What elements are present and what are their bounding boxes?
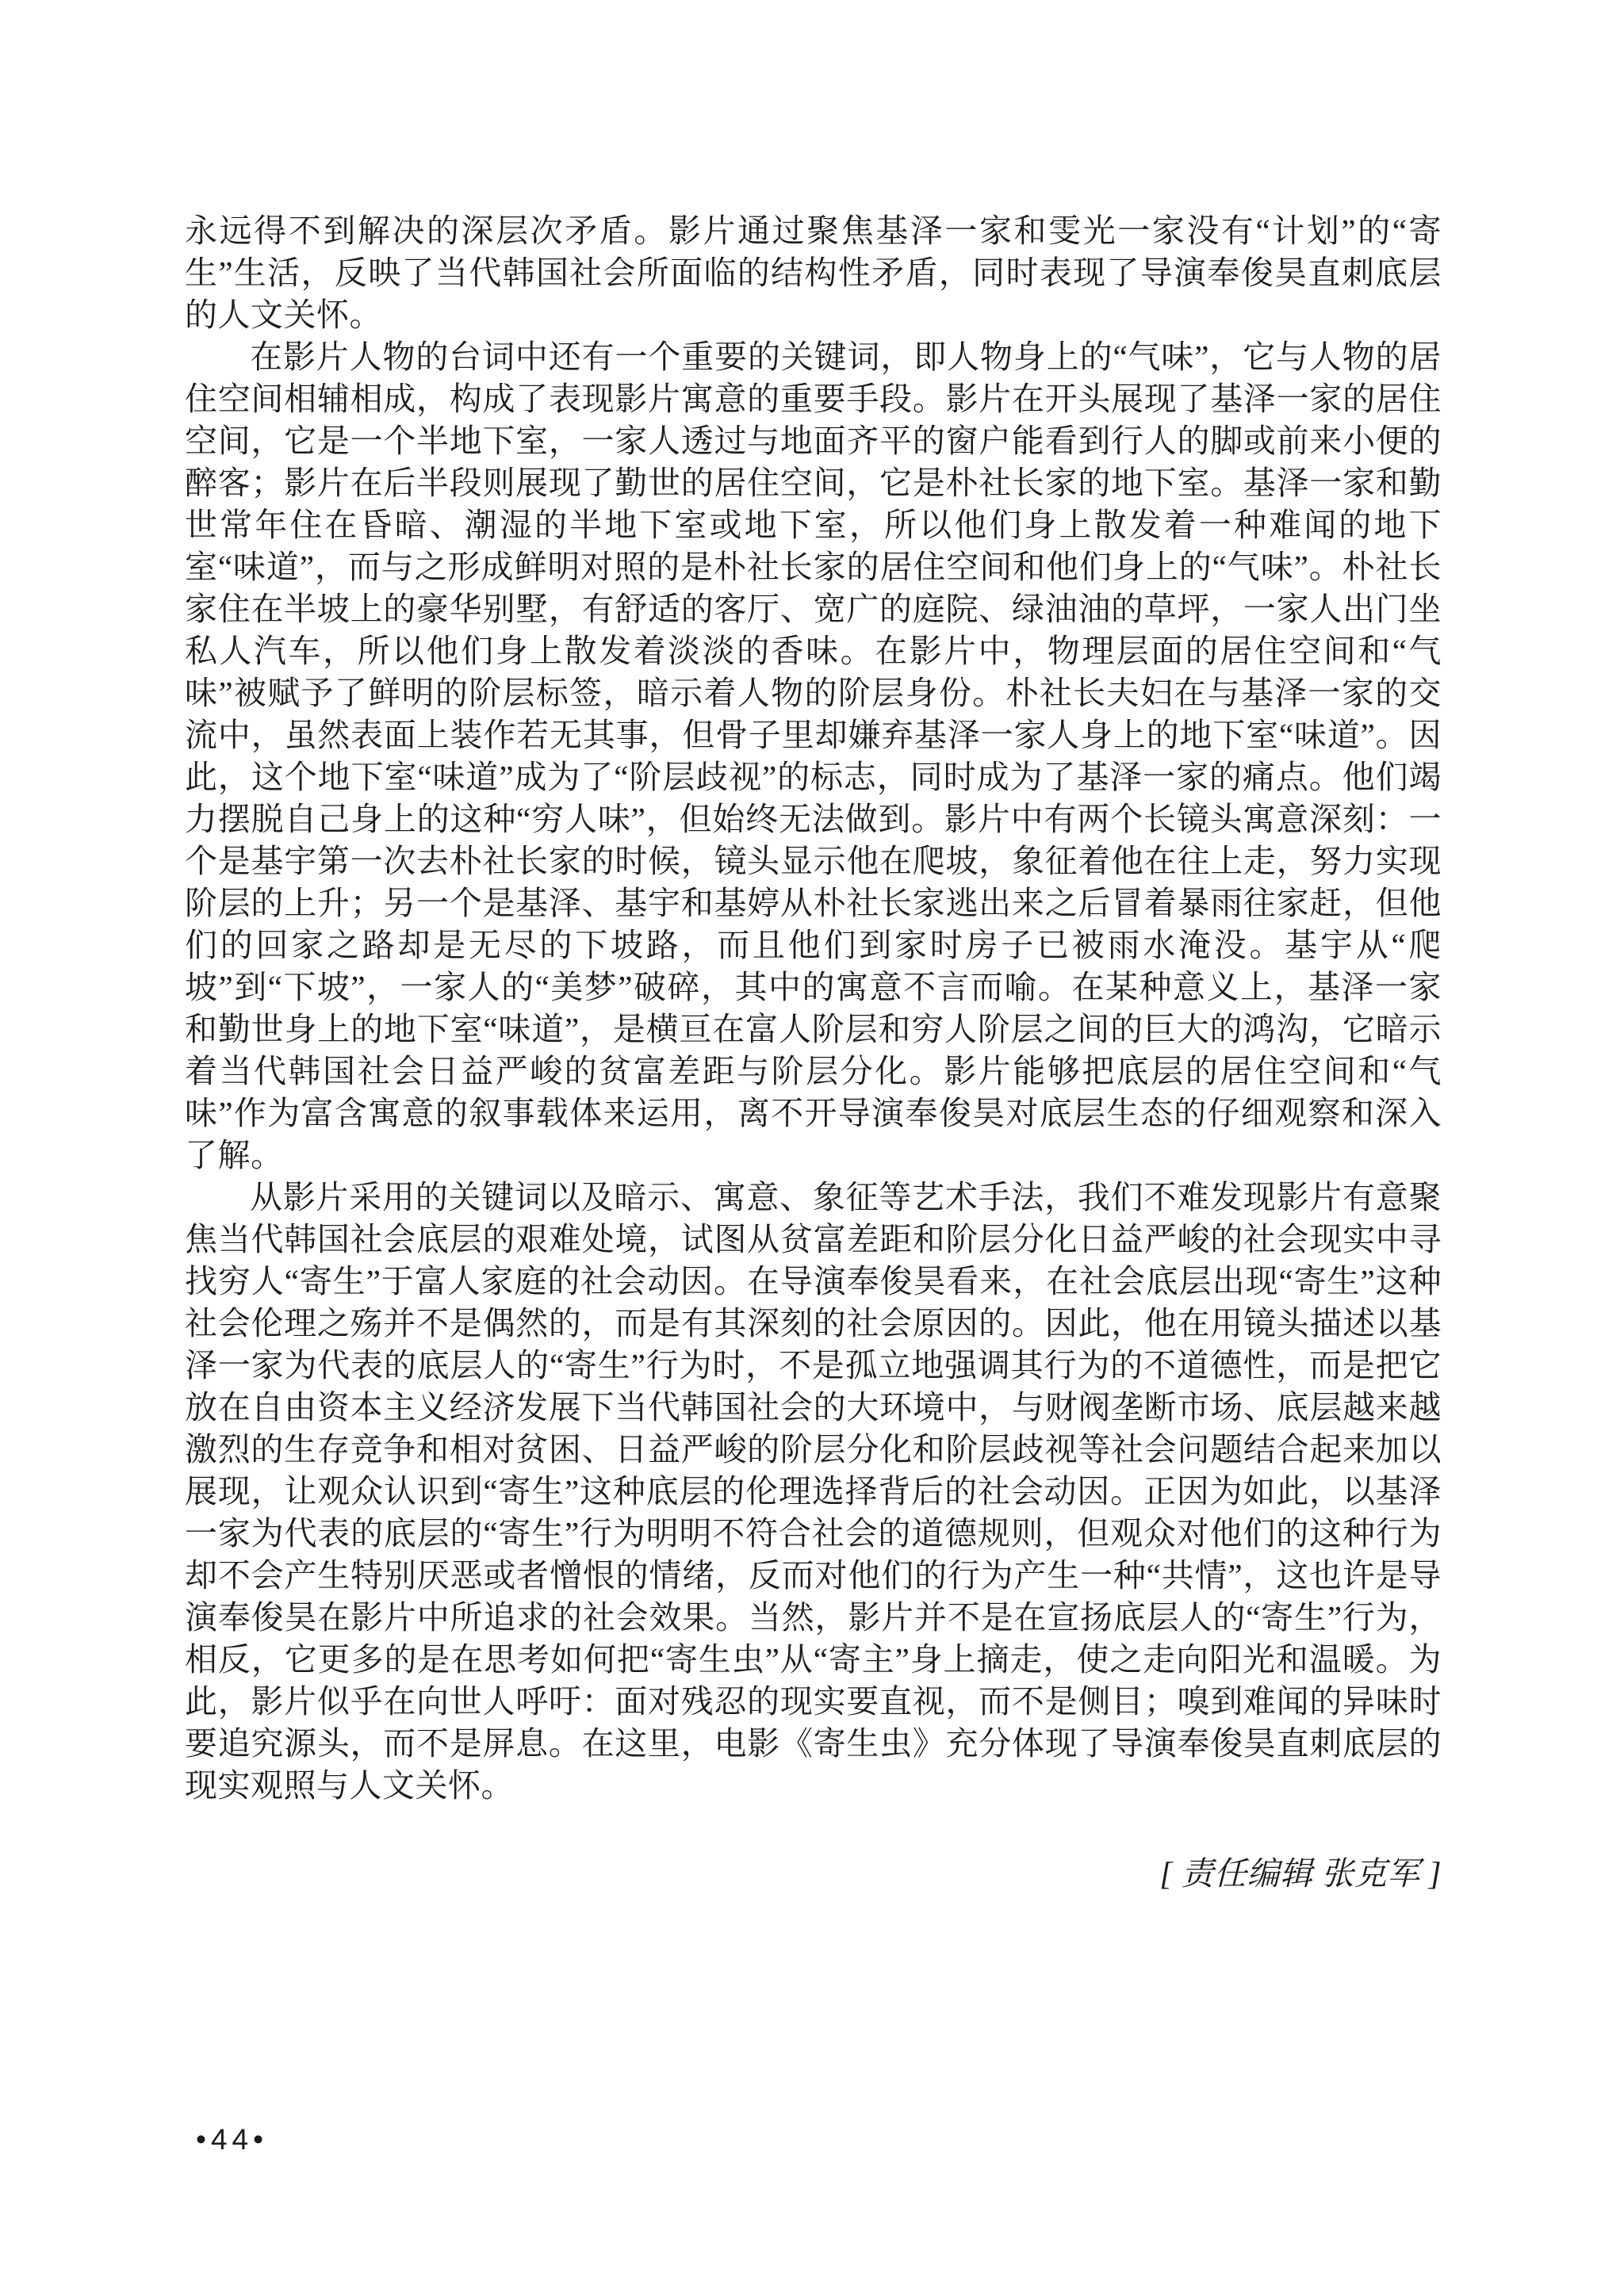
editor-credit: [ 责任编辑 张克军 ] bbox=[185, 1853, 1442, 1895]
paragraph-continuation: 永远得不到解决的深层次矛盾。影片通过聚焦基泽一家和雯光一家没有“计划”的“寄生”… bbox=[185, 210, 1442, 336]
page-number: •44• bbox=[196, 2123, 268, 2156]
paragraph-conclusion: 从影片采用的关键词以及暗示、寓意、象征等艺术手法，我们不难发现影片有意聚焦当代韩… bbox=[185, 1177, 1442, 1807]
document-page: 永远得不到解决的深层次矛盾。影片通过聚焦基泽一家和雯光一家没有“计划”的“寄生”… bbox=[0, 0, 1624, 2296]
text-column: 永远得不到解决的深层次矛盾。影片通过聚焦基泽一家和雯光一家没有“计划”的“寄生”… bbox=[185, 210, 1442, 1895]
paragraph-keyword-smell: 在影片人物的台词中还有一个重要的关键词，即人物身上的“气味”，它与人物的居住空间… bbox=[185, 336, 1442, 1177]
